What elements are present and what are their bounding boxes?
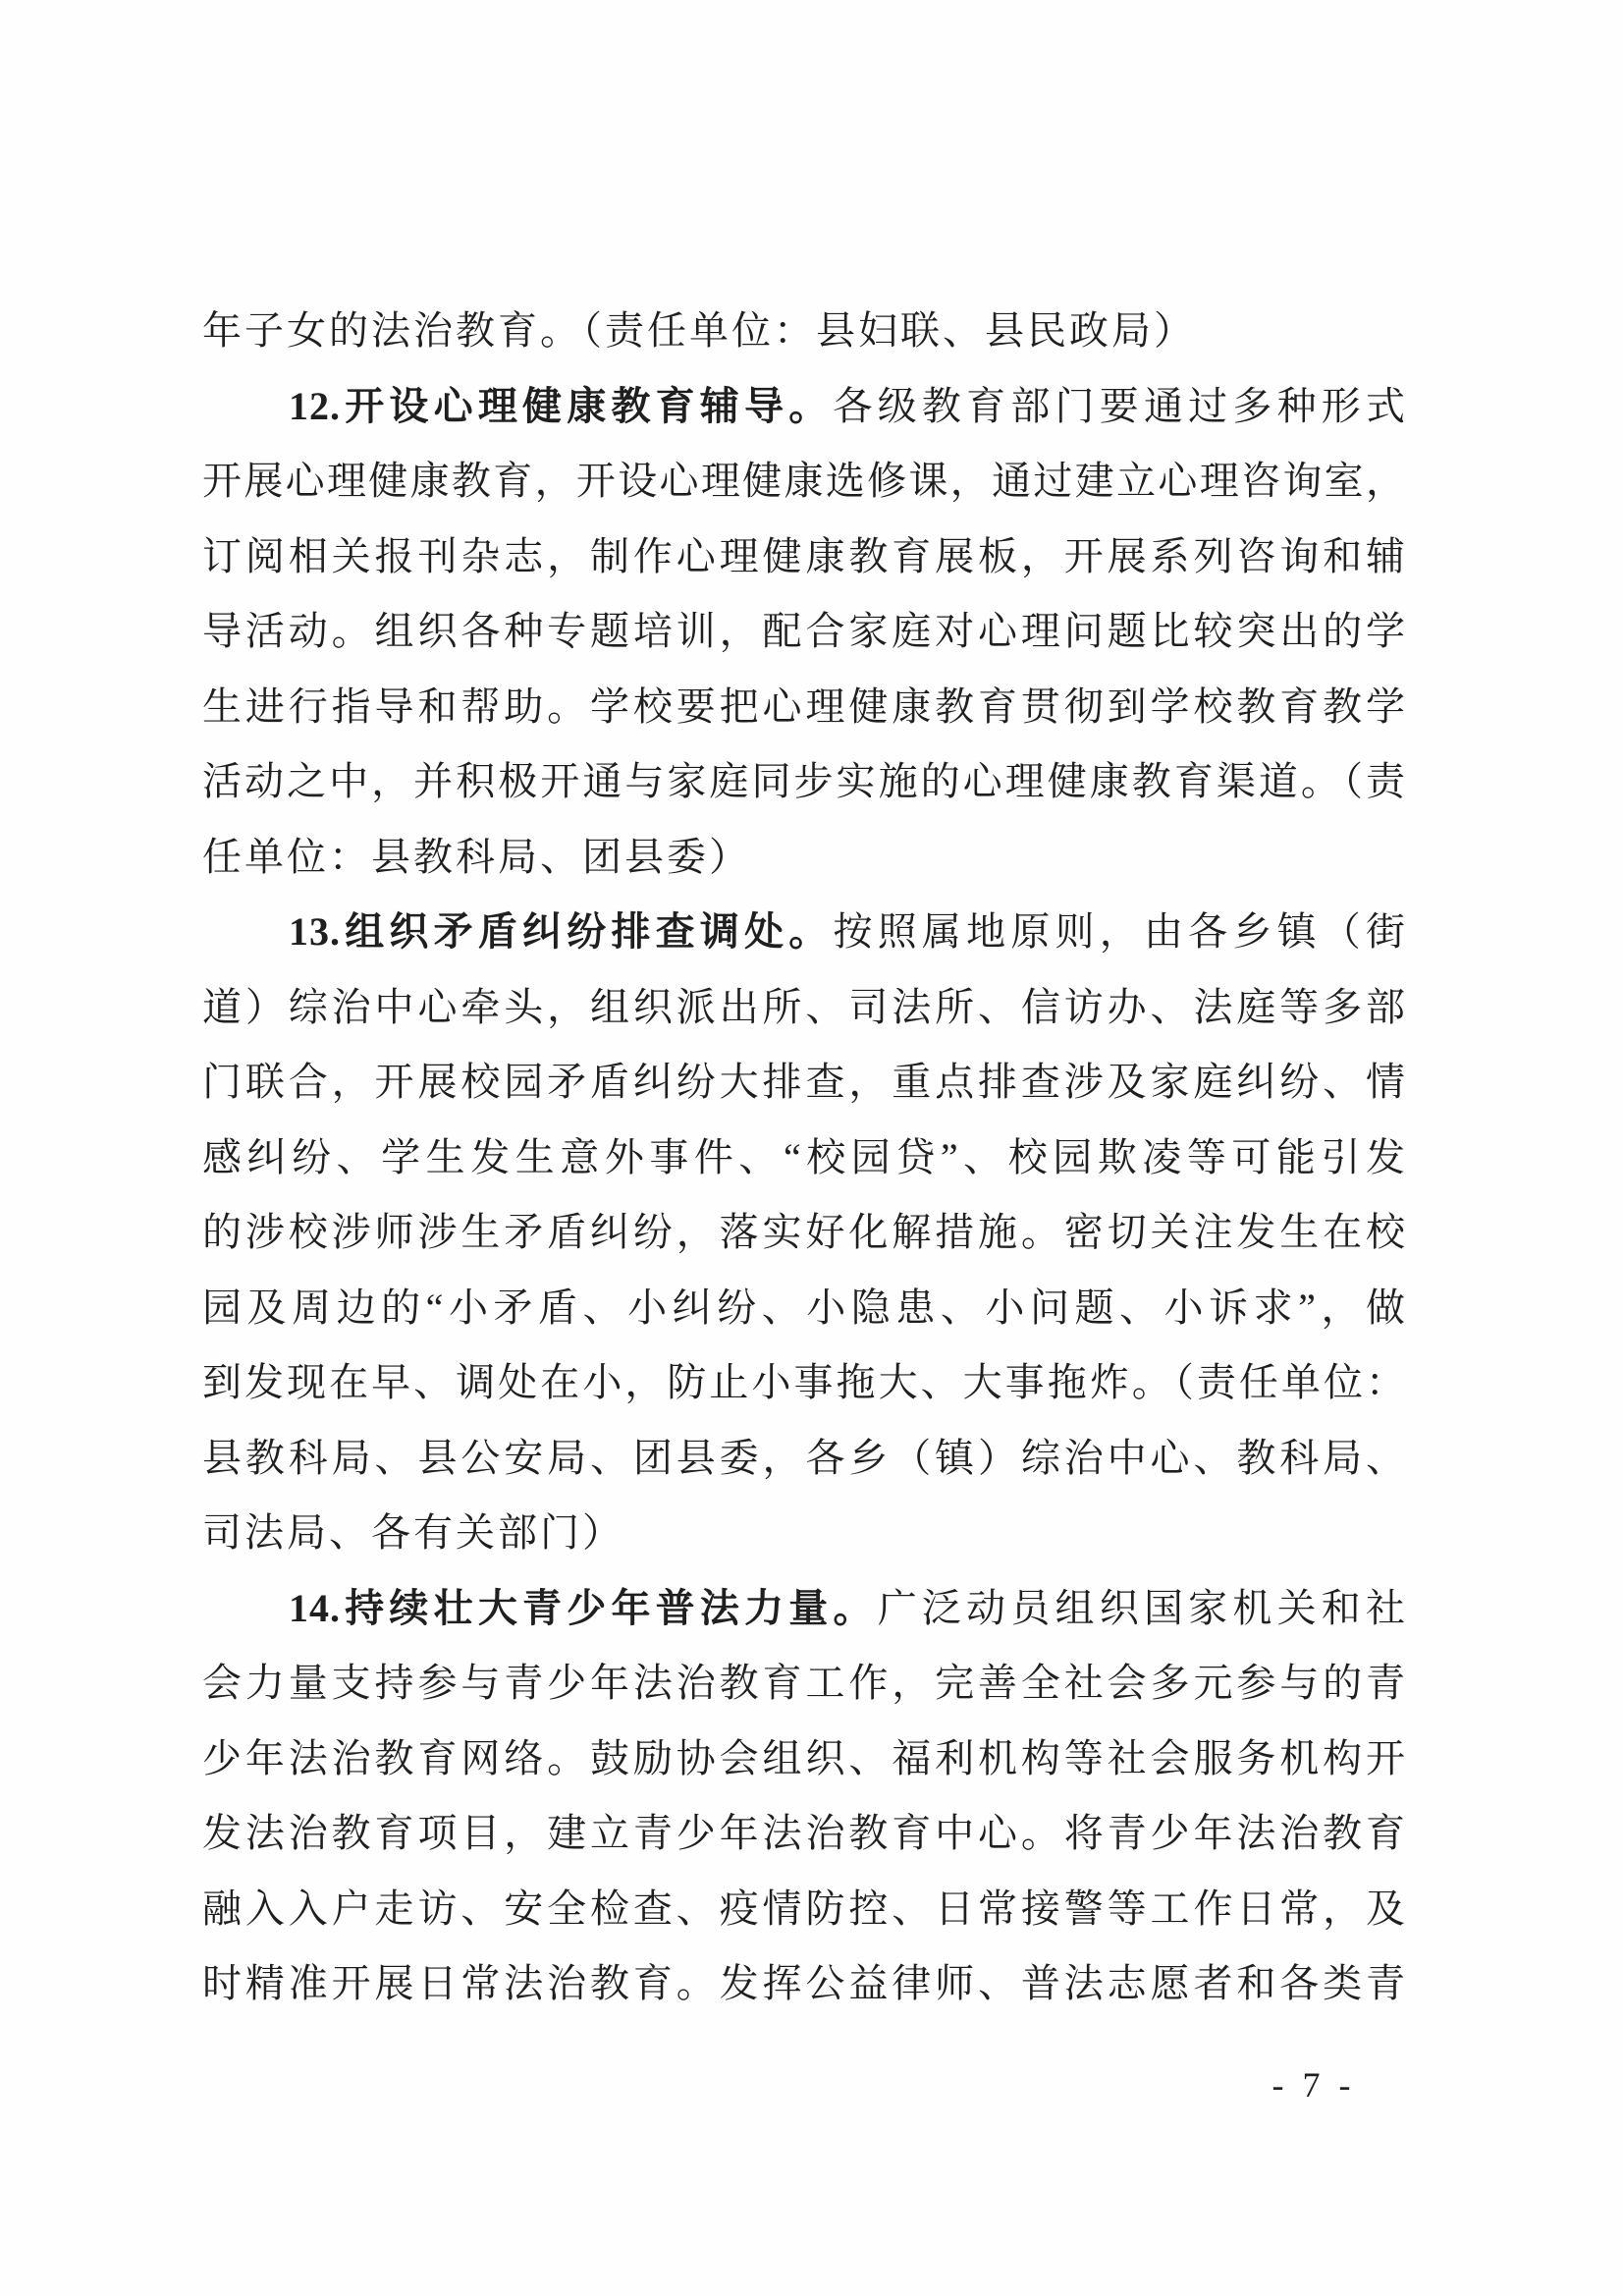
- paragraph-heading: 12.开设心理健康教育辅导。: [289, 384, 834, 428]
- document-page: 年子女的法治教育。（责任单位：县妇联、县民政局）12.开设心理健康教育辅导。各级…: [0, 0, 1623, 2296]
- text-line: 时精准开展日常法治教育。发挥公益律师、普法志愿者和各类青: [202, 1946, 1406, 2022]
- text-line: 融入入户走访、安全检查、疫情防控、日常接警等工作日常，及: [202, 1872, 1406, 1947]
- text-line: 司法局、各有关部门）: [202, 1496, 1406, 1571]
- paragraph-text: 导活动。组织各种专题培训，配合家庭对心理问题比较突出的学: [202, 609, 1406, 653]
- text-line: 园及周边的“小矛盾、小纠纷、小隐患、小问题、小诉求”，做: [202, 1271, 1406, 1346]
- paragraph-text: 道）综治中心牵头，组织派出所、司法所、信访办、法庭等多部: [202, 985, 1406, 1029]
- paragraph-text: 任单位：县教科局、团县委）: [202, 835, 751, 879]
- text-line: 到发现在早、调处在小，防止小事拖大、大事拖炸。（责任单位：: [202, 1345, 1406, 1421]
- text-line: 13.组织矛盾纠纷排查调处。按照属地原则，由各乡镇（街: [202, 895, 1406, 970]
- paragraph-text: 年子女的法治教育。（责任单位：县妇联、县民政局）: [202, 308, 1196, 353]
- text-line: 任单位：县教科局、团县委）: [202, 820, 1406, 896]
- text-line: 活动之中，并积极开通与家庭同步实施的心理健康教育渠道。（责: [202, 744, 1406, 820]
- paragraph-text: 按照属地原则，由各乡镇（街: [834, 909, 1407, 954]
- text-line: 的涉校涉师涉生矛盾纠纷，落实好化解措施。密切关注发生在校: [202, 1195, 1406, 1271]
- paragraph-text: 到发现在早、调处在小，防止小事拖大、大事拖炸。（责任单位：: [202, 1360, 1406, 1404]
- paragraph-text: 门联合，开展校园矛盾纠纷大排查，重点排查涉及家庭纠纷、情: [202, 1060, 1406, 1104]
- text-line: 道）综治中心牵头，组织派出所、司法所、信访办、法庭等多部: [202, 970, 1406, 1046]
- page-number: - 7 -: [1260, 2062, 1368, 2107]
- text-line: 12.开设心理健康教育辅导。各级教育部门要通过多种形式: [202, 369, 1406, 445]
- paragraph-text: 县教科局、县公安局、团县委，各乡（镇）综治中心、教科局、: [202, 1436, 1406, 1480]
- text-line: 导活动。组织各种专题培训，配合家庭对心理问题比较突出的学: [202, 594, 1406, 670]
- paragraph-text: 少年法治教育网络。鼓励协会组织、福利机构等社会服务机构开: [202, 1736, 1406, 1780]
- text-line: 订阅相关报刊杂志，制作心理健康教育展板，开展系列咨询和辅: [202, 519, 1406, 595]
- paragraph-text: 融入入户走访、安全检查、疫情防控、日常接警等工作日常，及: [202, 1886, 1406, 1931]
- text-line: 年子女的法治教育。（责任单位：县妇联、县民政局）: [202, 294, 1406, 369]
- paragraph-heading: 13.组织矛盾纠纷排查调处。: [289, 909, 834, 954]
- text-line: 开展心理健康教育，开设心理健康选修课，通过建立心理咨询室，: [202, 444, 1406, 519]
- text-line: 县教科局、县公安局、团县委，各乡（镇）综治中心、教科局、: [202, 1421, 1406, 1497]
- paragraph-text: 的涉校涉师涉生矛盾纠纷，落实好化解措施。密切关注发生在校: [202, 1210, 1406, 1254]
- text-line: 14.持续壮大青少年普法力量。广泛动员组织国家机关和社: [202, 1571, 1406, 1647]
- text-line: 门联合，开展校园矛盾纠纷大排查，重点排查涉及家庭纠纷、情: [202, 1045, 1406, 1121]
- paragraph-text: 活动之中，并积极开通与家庭同步实施的心理健康教育渠道。（责: [202, 759, 1406, 803]
- paragraph-text: 开展心理健康教育，开设心理健康选修课，通过建立心理咨询室，: [202, 459, 1406, 503]
- paragraph-text: 时精准开展日常法治教育。发挥公益律师、普法志愿者和各类青: [202, 1961, 1406, 2005]
- text-line: 少年法治教育网络。鼓励协会组织、福利机构等社会服务机构开: [202, 1722, 1406, 1797]
- document-lines: 年子女的法治教育。（责任单位：县妇联、县民政局）12.开设心理健康教育辅导。各级…: [202, 294, 1406, 2022]
- paragraph-text: 各级教育部门要通过多种形式: [834, 384, 1407, 428]
- paragraph-text: 园及周边的“小矛盾、小纠纷、小隐患、小问题、小诉求”，做: [202, 1285, 1406, 1330]
- text-line: 发法治教育项目，建立青少年法治教育中心。将青少年法治教育: [202, 1796, 1406, 1872]
- paragraph-text: 会力量支持参与青少年法治教育工作，完善全社会多元参与的青: [202, 1661, 1406, 1705]
- paragraph-text: 广泛动员组织国家机关和社: [878, 1586, 1406, 1630]
- text-line: 会力量支持参与青少年法治教育工作，完善全社会多元参与的青: [202, 1646, 1406, 1722]
- paragraph-text: 发法治教育项目，建立青少年法治教育中心。将青少年法治教育: [202, 1811, 1406, 1855]
- paragraph-text: 生进行指导和帮助。学校要把心理健康教育贯彻到学校教育教学: [202, 684, 1406, 729]
- paragraph-text: 感纠纷、学生发生意外事件、“校园贷”、校园欺凌等可能引发: [202, 1135, 1406, 1179]
- paragraph-heading: 14.持续壮大青少年普法力量。: [289, 1586, 878, 1630]
- text-line: 感纠纷、学生发生意外事件、“校园贷”、校园欺凌等可能引发: [202, 1121, 1406, 1196]
- text-line: 生进行指导和帮助。学校要把心理健康教育贯彻到学校教育教学: [202, 670, 1406, 745]
- paragraph-text: 司法局、各有关部门）: [202, 1510, 624, 1555]
- paragraph-text: 订阅相关报刊杂志，制作心理健康教育展板，开展系列咨询和辅: [202, 534, 1406, 578]
